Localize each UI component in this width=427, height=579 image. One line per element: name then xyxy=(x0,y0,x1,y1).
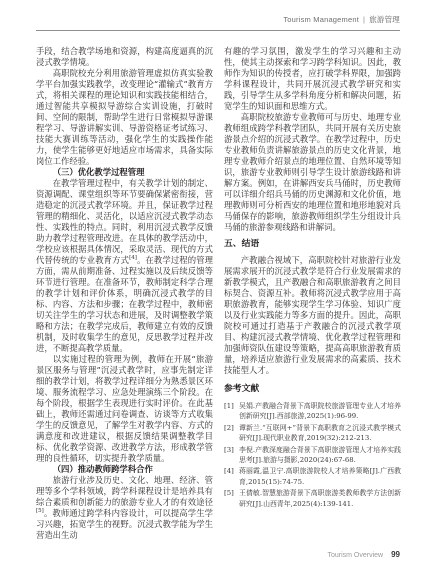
reference-text: 王倩敏.智慧旅游背景下高职旅游类教师教学方法创新研究[J].山西青年,2025(… xyxy=(239,488,401,509)
reference-number: [2] xyxy=(224,423,239,444)
text-run: 。教师通过跨学科内容设计，可以提高学生学习兴趣，拓宽学生的视野。沉浸式教学能为学… xyxy=(36,508,213,540)
reference-text: 李倪.产教深度融合背景下高职旅游管理人才培养实践思考[J].旅游与摄影,2020… xyxy=(239,445,401,466)
left-column: 手段，结合教学场地和资源，构建高度逼真的沉浸式教学情境。高职院校充分利用旅游管理… xyxy=(36,46,213,541)
header-separator: | xyxy=(363,15,365,24)
reference-item: [1]吴娟.产教融合背景下高职院校旅游管理专业人才培养创新研究[J].西部旅游,… xyxy=(224,401,401,422)
paragraph: 产教融合视域下，高职院校针对旅游行业发展需求展开的沉浸式教学是符合行业发展需求的… xyxy=(224,255,401,376)
page-footer: Tourism Overview99 xyxy=(327,550,400,559)
section-heading-5: 五、结语 xyxy=(224,239,401,250)
paragraph: 在教学管理过程中，有关教学计划的制定、资源调配、课堂组织等环节要确保紧密衔接，营… xyxy=(36,178,213,354)
paragraph-continued: 手段，结合教学场地和资源，构建高度逼真的沉浸式教学情境。 xyxy=(36,46,213,68)
paragraph: 旅游行业涉及历史、文化、地理、经济、管理等多个学科领域，跨学科课程设计是培养具有… xyxy=(36,475,213,541)
footer-label: Tourism Overview xyxy=(327,552,383,559)
reference-text: 吴娟.产教融合背景下高职院校旅游管理专业人才培养创新研究[J].西部旅游,202… xyxy=(239,401,401,422)
journal-page: Tourism Management|旅游管理 手段，结合教学场地和资源，构建高… xyxy=(0,0,427,579)
subsection-heading-4: （四）推动教师跨学科合作 xyxy=(36,464,213,475)
citation-superscript: [4] xyxy=(129,255,137,261)
reference-number: [5] xyxy=(224,488,239,509)
subsection-heading-3: （三）优化教学过程管理 xyxy=(36,167,213,178)
reference-text: 谭新兰.“互联网+”背景下高职教育之沉浸式教学模式研究[J].现代职业教育,20… xyxy=(239,423,401,444)
citation-superscript: [5] xyxy=(36,508,44,514)
reference-text: 蒋丽霞,温卫宁.高职旅游院校人才培养策略[J].广西教育,2015(15):74… xyxy=(239,466,401,487)
header-rule xyxy=(36,30,400,31)
reference-item: [5]王倩敏.智慧旅游背景下高职旅游类教师教学方法创新研究[J].山西青年,20… xyxy=(224,488,401,509)
paragraph: 高职院校充分利用旅游管理虚拟仿真实验教学平台加强实践教学，改变理论“灌输式”教育… xyxy=(36,68,213,167)
journal-title-en: Tourism Management xyxy=(283,15,359,24)
reference-number: [1] xyxy=(224,401,239,422)
page-number: 99 xyxy=(391,550,400,559)
journal-title-zh: 旅游管理 xyxy=(369,15,400,24)
text-run: 。在教学过程的管理方面，需从前期准备、过程实施以及后续反馈等环节进行管理。在准备… xyxy=(36,255,213,353)
references-heading: 参考文献 xyxy=(224,384,401,395)
reference-number: [4] xyxy=(224,466,239,487)
text-run: 在教学管理过程中，有关教学计划的制定、资源调配、课堂组织等环节要确保紧密衔接，营… xyxy=(36,178,213,265)
text-run: 旅游行业涉及历史、文化、地理、经济、管理等多个学科领域，跨学科课程设计是培养具有… xyxy=(36,475,213,507)
right-column: 有趣的学习氛围，激发学生的学习兴趣和主动性，使其主动探索和学习跨学科知识。因此，… xyxy=(224,46,401,510)
reference-item: [4]蒋丽霞,温卫宁.高职旅游院校人才培养策略[J].广西教育,2015(15)… xyxy=(224,466,401,487)
paragraph-continued: 有趣的学习氛围，激发学生的学习兴趣和主动性，使其主动探索和学习跨学科知识。因此，… xyxy=(224,46,401,112)
running-head: Tourism Management|旅游管理 xyxy=(36,14,400,25)
reference-number: [3] xyxy=(224,445,239,466)
reference-item: [2]谭新兰.“互联网+”背景下高职教育之沉浸式教学模式研究[J].现代职业教育… xyxy=(224,423,401,444)
reference-item: [3]李倪.产教深度融合背景下高职旅游管理人才培养实践思考[J].旅游与摄影,2… xyxy=(224,445,401,466)
paragraph: 高职院校旅游专业教师可与历史、地理专业教师组成跨学科教学团队，共同开展有关历史旅… xyxy=(224,112,401,233)
paragraph: 以实施过程的管理为例，教师在开展“旅游景区服务与管理”沉浸式教学时，应事先制定详… xyxy=(36,354,213,464)
